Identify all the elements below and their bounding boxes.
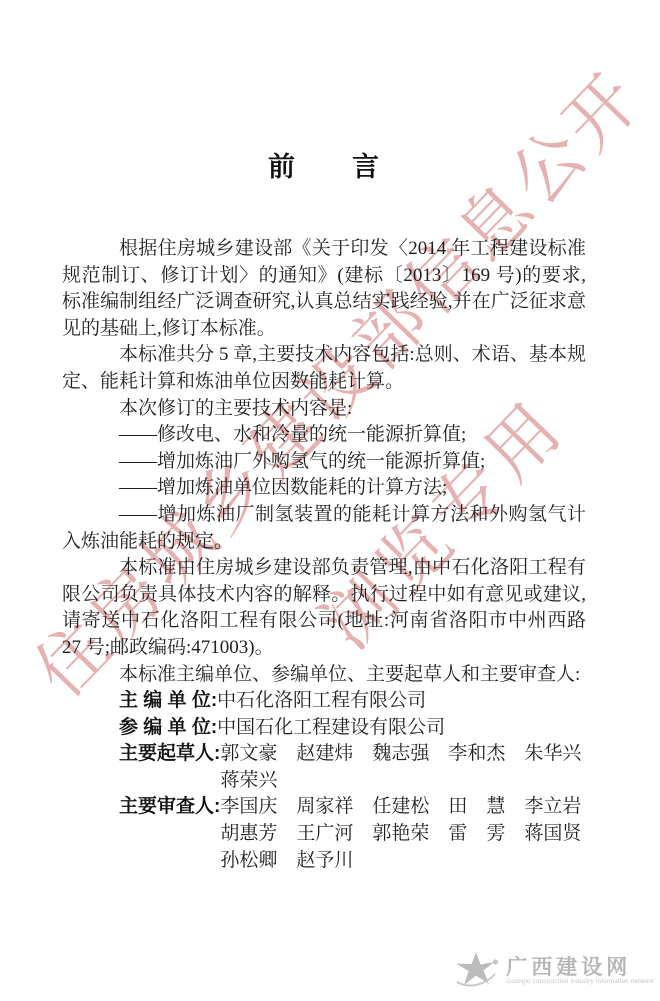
credits-block: 主 编 单 位: 中石化洛阳工程有限公司 参 编 单 位: 中国石化工程建设有限…: [62, 688, 586, 874]
credit-row-reviewers: 主要审查人: 李国庆 周家祥 任建松 田 慧 李立岩 胡惠芳 王广河 郭艳荣 雷…: [62, 794, 586, 874]
credit-value: 孙松卿 赵予川: [220, 848, 586, 875]
star-icon: [451, 949, 501, 993]
credit-value: 中国石化工程建设有限公司: [217, 715, 586, 742]
revision-item: ——增加炼油厂外购氢气的统一能源折算值;: [62, 449, 586, 476]
paragraph-management: 本标准由住房城乡建设部负责管理,由中石化洛阳工程有限公司负责具体技术内容的解释。…: [62, 555, 586, 661]
credit-value: 胡惠芳 王广河 郭艳荣 雷 雱 蒋国贤: [220, 821, 586, 848]
credit-value: 李国庆 周家祥 任建松 田 慧 李立岩: [220, 794, 586, 821]
revision-item: ——增加炼油单位因数能耗的计算方法;: [62, 475, 586, 502]
credit-row-chief-editor: 主 编 单 位: 中石化洛阳工程有限公司: [62, 688, 586, 715]
site-logo-caption: Guangxi construction industry informatio…: [506, 978, 654, 986]
credit-value: 中石化洛阳工程有限公司: [217, 688, 586, 715]
site-logo: 广西建设网 Guangxi construction industry info…: [451, 949, 654, 993]
credit-label: 主要起草人:: [119, 741, 220, 794]
credit-row-co-editor: 参 编 单 位: 中国石化工程建设有限公司: [62, 715, 586, 742]
site-logo-wordmark: 广西建设网: [506, 956, 631, 978]
credit-row-drafters: 主要起草人: 郭文豪 赵建炜 魏志强 李和杰 朱华兴 蒋荣兴: [62, 741, 586, 794]
credit-value: 郭文豪 赵建炜 魏志强 李和杰 朱华兴: [220, 741, 586, 768]
revision-item: ——增加炼油厂制氢装置的能耗计算方法和外购氢气计入炼油能耗的规定。: [62, 502, 586, 555]
credit-value: 蒋荣兴: [220, 768, 586, 795]
credit-label: 参 编 单 位:: [119, 715, 217, 742]
paragraph-basis: 根据住房城乡建设部《关于印发〈2014 年工程建设标准规范制订、修订计划〉的通知…: [62, 236, 586, 342]
paragraph-credits-intro: 本标准主编单位、参编单位、主要起草人和主要审查人:: [62, 662, 586, 689]
paragraph-chapters: 本标准共分 5 章,主要技术内容包括:总则、术语、基本规定、能耗计算和炼油单位因…: [62, 342, 586, 395]
document-page: 住房城乡建设部信息公开 浏览专用 前 言 根据住房城乡建设部《关于印发〈2014…: [0, 0, 660, 1001]
credit-label: 主要审查人:: [119, 794, 220, 874]
credit-label: 主 编 单 位:: [119, 688, 217, 715]
page-title: 前 言: [62, 152, 586, 182]
paragraph-revision-intro: 本次修订的主要技术内容是:: [62, 396, 586, 423]
foreword-content: 前 言 根据住房城乡建设部《关于印发〈2014 年工程建设标准规范制订、修订计划…: [62, 152, 586, 874]
revision-item: ——修改电、水和冷量的统一能源折算值;: [62, 422, 586, 449]
